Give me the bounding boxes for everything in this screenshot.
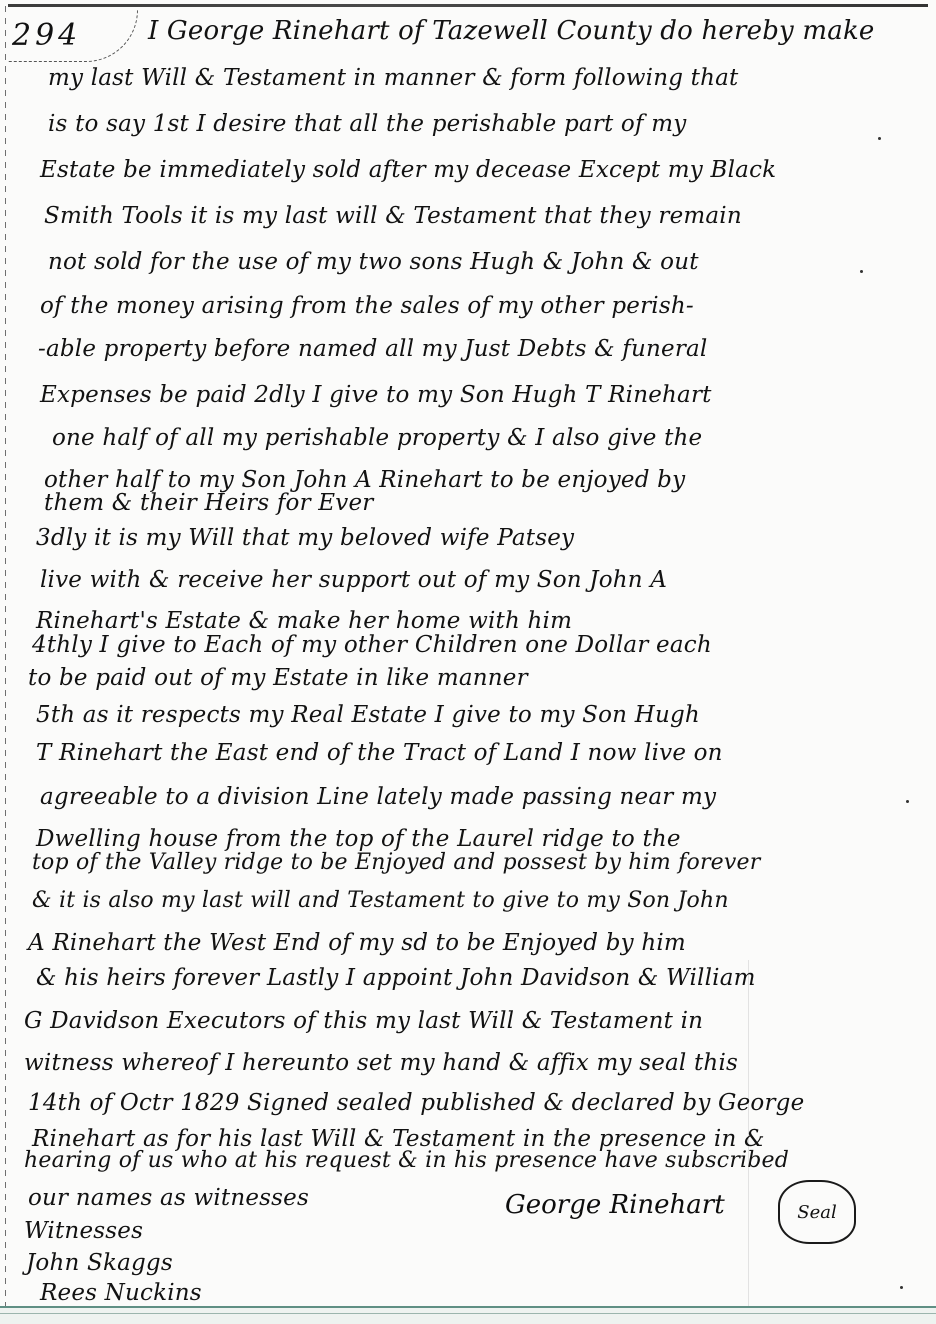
will-line-7: of the money arising from the sales of m… <box>40 293 694 319</box>
will-line-3: is to say 1st I desire that all the peri… <box>48 111 686 137</box>
scan-speck <box>878 137 881 140</box>
will-line-25: & his heirs forever Lastly I appoint Joh… <box>36 965 756 991</box>
will-line-4: Estate be immediately sold after my dece… <box>40 157 776 183</box>
will-line-14: live with & receive her support out of m… <box>40 567 667 593</box>
page-number: 294 <box>8 10 138 62</box>
scan-speck <box>906 800 909 803</box>
will-line-30: hearing of us who at his request & in hi… <box>24 1148 789 1173</box>
will-line-31: our names as witnesses <box>28 1185 309 1211</box>
scan-speck <box>900 1286 903 1289</box>
will-line-12: them & their Heirs for Ever <box>44 490 374 516</box>
will-line-9: Expenses be paid 2dly I give to my Son H… <box>40 382 712 408</box>
will-line-26: G Davidson Executors of this my last Wil… <box>24 1008 703 1034</box>
wax-seal-icon: Seal <box>778 1180 856 1244</box>
will-line-10: one half of all my perishable property &… <box>52 425 702 451</box>
scanned-document-page: 294 I George Rinehart of Tazewell County… <box>0 0 936 1324</box>
will-line-5: Smith Tools it is my last will & Testame… <box>44 203 742 229</box>
will-line-27: witness whereof I hereunto set my hand &… <box>24 1050 738 1076</box>
will-line-1: I George Rinehart of Tazewell County do … <box>148 16 875 46</box>
will-line-2: my last Will & Testament in manner & for… <box>48 65 738 91</box>
witness-1: John Skaggs <box>26 1250 173 1276</box>
will-line-23: & it is also my last will and Testament … <box>32 888 729 913</box>
will-line-28: 14th of Octr 1829 Signed sealed publishe… <box>28 1090 804 1116</box>
seal-label: Seal <box>797 1202 836 1223</box>
will-line-17: to be paid out of my Estate in like mann… <box>28 665 528 691</box>
will-line-13: 3dly it is my Will that my beloved wife … <box>36 525 574 551</box>
will-line-24: A Rinehart the West End of my sd to be E… <box>28 930 686 956</box>
witnesses-label: Witnesses <box>24 1218 143 1244</box>
will-line-18: 5th as it respects my Real Estate I give… <box>36 702 700 728</box>
testator-signature: George Rinehart <box>505 1190 725 1220</box>
will-line-16: 4thly I give to Each of my other Childre… <box>32 632 712 658</box>
witness-2: Rees Nuckins <box>40 1280 202 1306</box>
left-margin-line <box>5 6 6 1308</box>
scan-speck <box>860 270 863 273</box>
scan-bottom-edge <box>0 1306 936 1324</box>
will-line-6: not sold for the use of my two sons Hugh… <box>48 249 699 275</box>
will-line-22: top of the Valley ridge to be Enjoyed an… <box>32 850 760 875</box>
will-line-19: T Rinehart the East end of the Tract of … <box>36 740 723 766</box>
will-line-8: -able property before named all my Just … <box>38 336 708 362</box>
will-line-21: Dwelling house from the top of the Laure… <box>36 826 681 852</box>
will-line-20: agreeable to a division Line lately made… <box>40 784 716 810</box>
will-line-15: Rinehart's Estate & make her home with h… <box>36 608 572 634</box>
top-border-line <box>8 4 928 7</box>
